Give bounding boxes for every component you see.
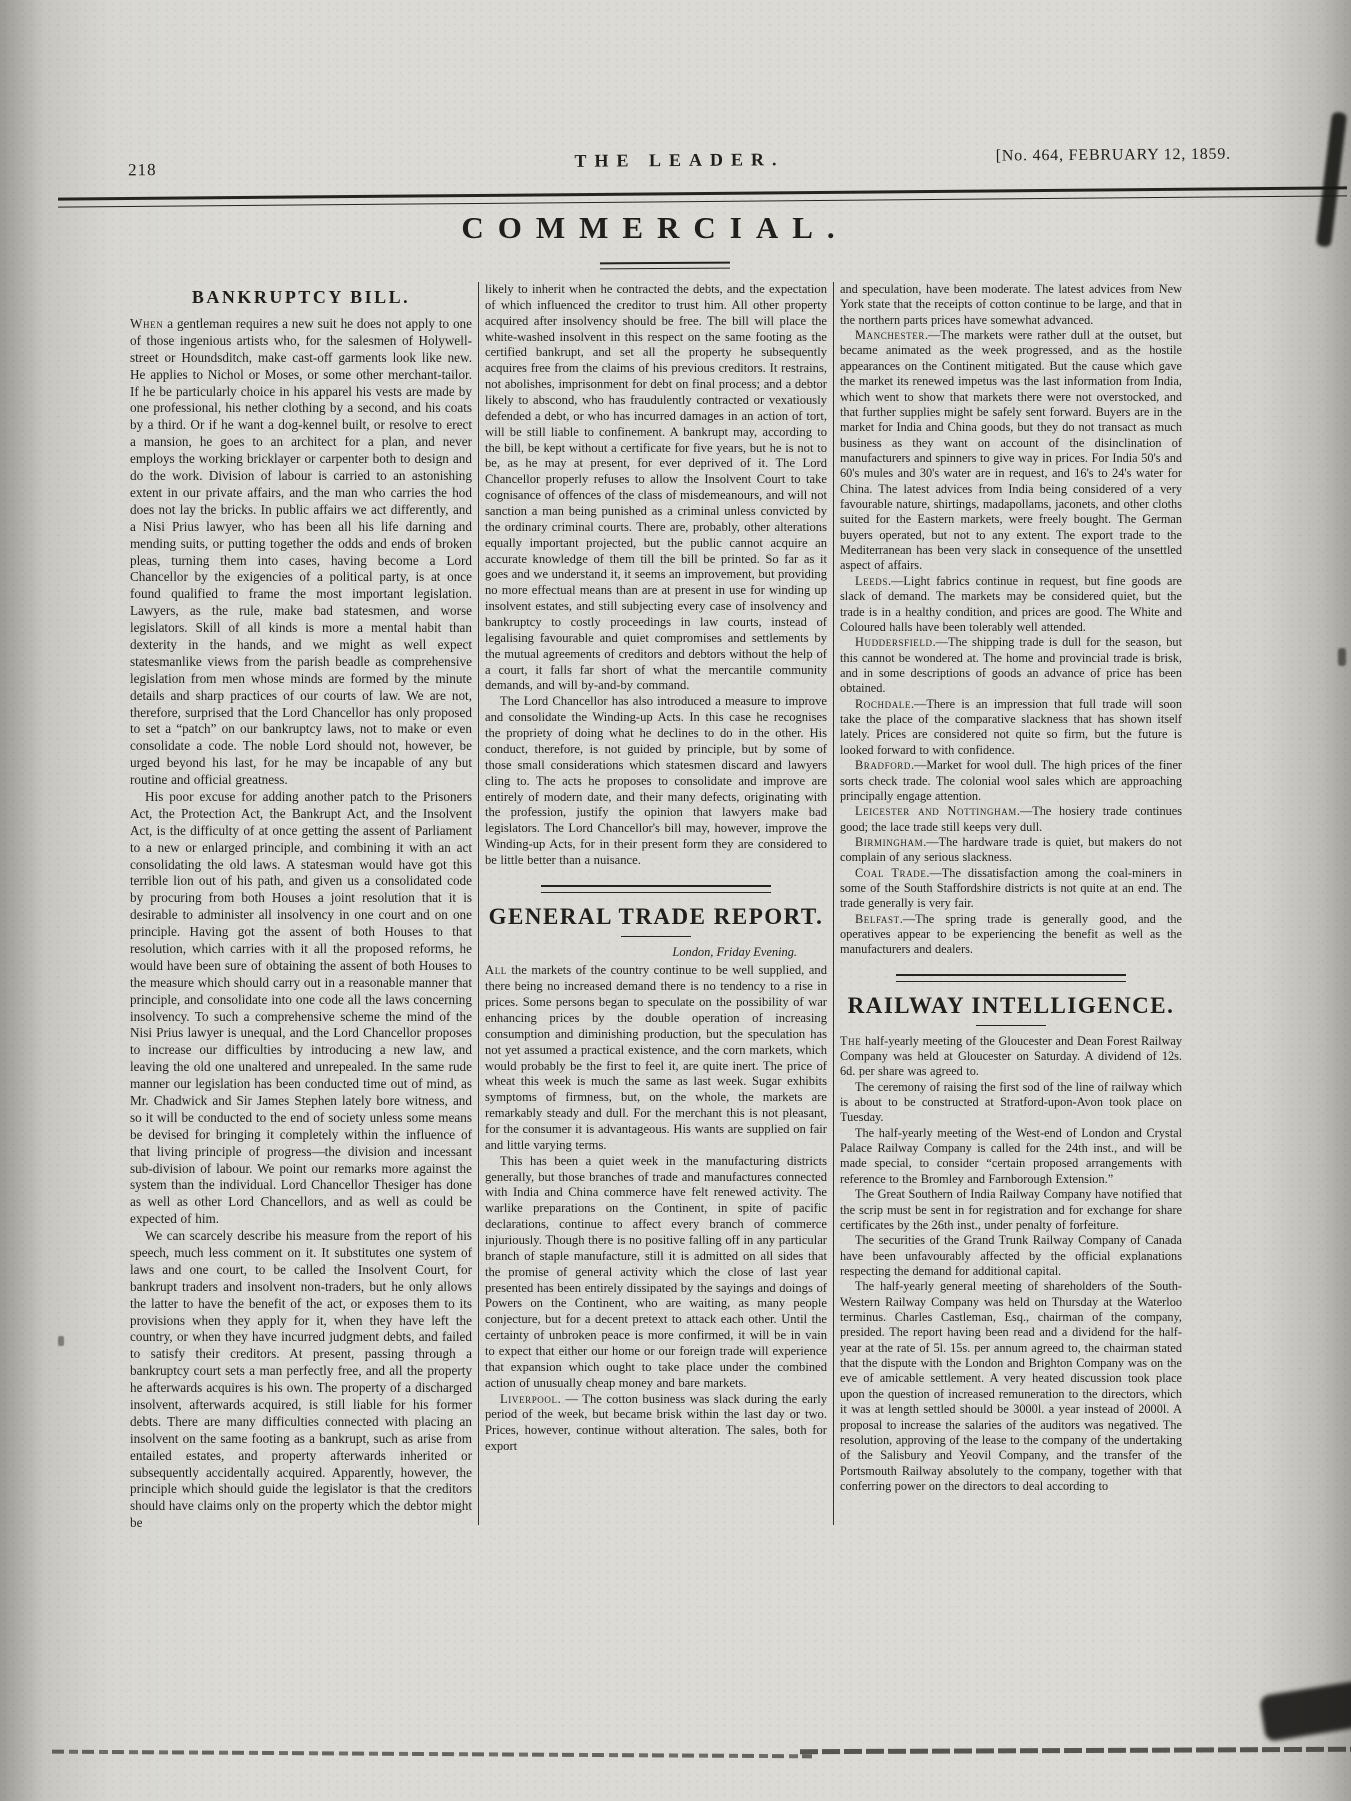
scan-artifact-scratch-line [52, 1750, 812, 1759]
paragraph-continuation: likely to inherit when he contracted the… [485, 282, 827, 694]
paragraph: The half-yearly meeting of the Glouceste… [840, 1034, 1182, 1080]
scan-artifact-scratch-line [800, 1747, 1351, 1754]
heading-underline [976, 1025, 1046, 1026]
lead-word: Coal Trade [855, 866, 926, 880]
paragraph: Liverpool. — The cotton business was sla… [485, 1392, 827, 1455]
paragraph-text: half-yearly meeting of the Gloucester an… [840, 1034, 1182, 1079]
column-rule [833, 282, 834, 1525]
newspaper-page: 218 THE LEADER. [No. 464, FEBRUARY 12, 1… [0, 0, 1351, 1801]
paragraph-text: .—Light fabrics continue in request, but… [840, 574, 1182, 634]
paragraph-leeds: Leeds.—Light fabrics continue in request… [840, 574, 1182, 635]
paragraph-bradford: Bradford.—Market for wool dull. The high… [840, 758, 1182, 804]
paragraph: The half-yearly meeting of the West-end … [840, 1126, 1182, 1187]
header-rule [58, 186, 1347, 207]
heading-underline [621, 936, 691, 937]
paragraph: The Lord Chancellor has also introduced … [485, 694, 827, 868]
scan-artifact-right-streak [1316, 112, 1347, 248]
paragraph-leicester-nottingham: Leicester and Nottingham.—The hosiery tr… [840, 804, 1182, 835]
paragraph: His poor excuse for adding another patch… [130, 789, 472, 1228]
paragraph: This has been a quiet week in the manufa… [485, 1154, 827, 1392]
section-divider [896, 974, 1126, 982]
scan-artifact-corner-blob [1259, 1680, 1351, 1742]
paragraph-rochdale: Rochdale.—There is an impression that fu… [840, 697, 1182, 758]
lead-word: Birmingham [855, 835, 923, 849]
paragraph-coal-trade: Coal Trade.—The dissatisfaction among th… [840, 866, 1182, 912]
lead-word: Bradford [855, 758, 911, 772]
scan-artifact-left-mark [58, 1336, 64, 1346]
section-title-rule [600, 262, 730, 270]
lead-word: Huddersfield [855, 635, 933, 649]
lead-word: Manchester [855, 328, 925, 342]
paragraph: The half-yearly general meeting of share… [840, 1279, 1182, 1494]
lead-word: Belfast [855, 912, 900, 926]
paragraph: All the markets of the country continue … [485, 963, 827, 1153]
lead-word: Rochdale [855, 697, 911, 711]
page-header: 218 THE LEADER. [No. 464, FEBRUARY 12, 1… [128, 144, 1231, 187]
paragraph: The securities of the Grand Trunk Railwa… [840, 1233, 1182, 1279]
article-heading-bankruptcy: BANKRUPTCY BILL. [130, 286, 472, 309]
paragraph-text: .—The markets were rather dull at the ou… [840, 328, 1182, 572]
lead-word: All [485, 963, 507, 977]
column-rule [478, 282, 479, 1525]
column-1: BANKRUPTCY BILL. When a gentleman requir… [130, 282, 472, 1538]
paragraph-birmingham: Birmingham.—The hardware trade is quiet,… [840, 835, 1182, 866]
paragraph-huddersfield: Huddersfield.—The shipping trade is dull… [840, 635, 1182, 696]
section-divider [541, 885, 771, 893]
article-heading-railway-intelligence: RAILWAY INTELLIGENCE. [840, 992, 1182, 1021]
lead-word: The [840, 1034, 861, 1048]
section-title: COMMERCIAL. [130, 210, 1180, 246]
paragraph: The ceremony of raising the first sod of… [840, 1080, 1182, 1126]
article-heading-trade-report: GENERAL TRADE REPORT. [485, 903, 827, 932]
scan-artifact-right-tick [1338, 648, 1346, 666]
column-layout: BANKRUPTCY BILL. When a gentleman requir… [130, 282, 1182, 1538]
lead-word: When [130, 316, 163, 331]
column-3: and speculation, have been moderate. The… [840, 282, 1182, 1538]
paragraph: When a gentleman requires a new suit he … [130, 316, 472, 789]
dateline: London, Friday Evening. [485, 945, 827, 961]
column-2: likely to inherit when he contracted the… [485, 282, 827, 1538]
lead-word: Leeds [855, 574, 888, 588]
lead-word: Liverpool [500, 1392, 558, 1406]
issue-number: [No. 464, FEBRUARY 12, 1859. [996, 146, 1231, 166]
paragraph-manchester: Manchester.—The markets were rather dull… [840, 328, 1182, 574]
paragraph-belfast: Belfast.—The spring trade is generally g… [840, 912, 1182, 958]
paragraph-text: a gentleman requires a new suit he does … [130, 316, 472, 787]
lead-word: Leicester and Nottingham [855, 804, 1017, 818]
paragraph-continuation: and speculation, have been moderate. The… [840, 282, 1182, 328]
paragraph: The Great Southern of India Railway Comp… [840, 1187, 1182, 1233]
paragraph: We can scarcely describe his measure fro… [130, 1228, 472, 1532]
paragraph-text: the markets of the country continue to b… [485, 963, 827, 1151]
